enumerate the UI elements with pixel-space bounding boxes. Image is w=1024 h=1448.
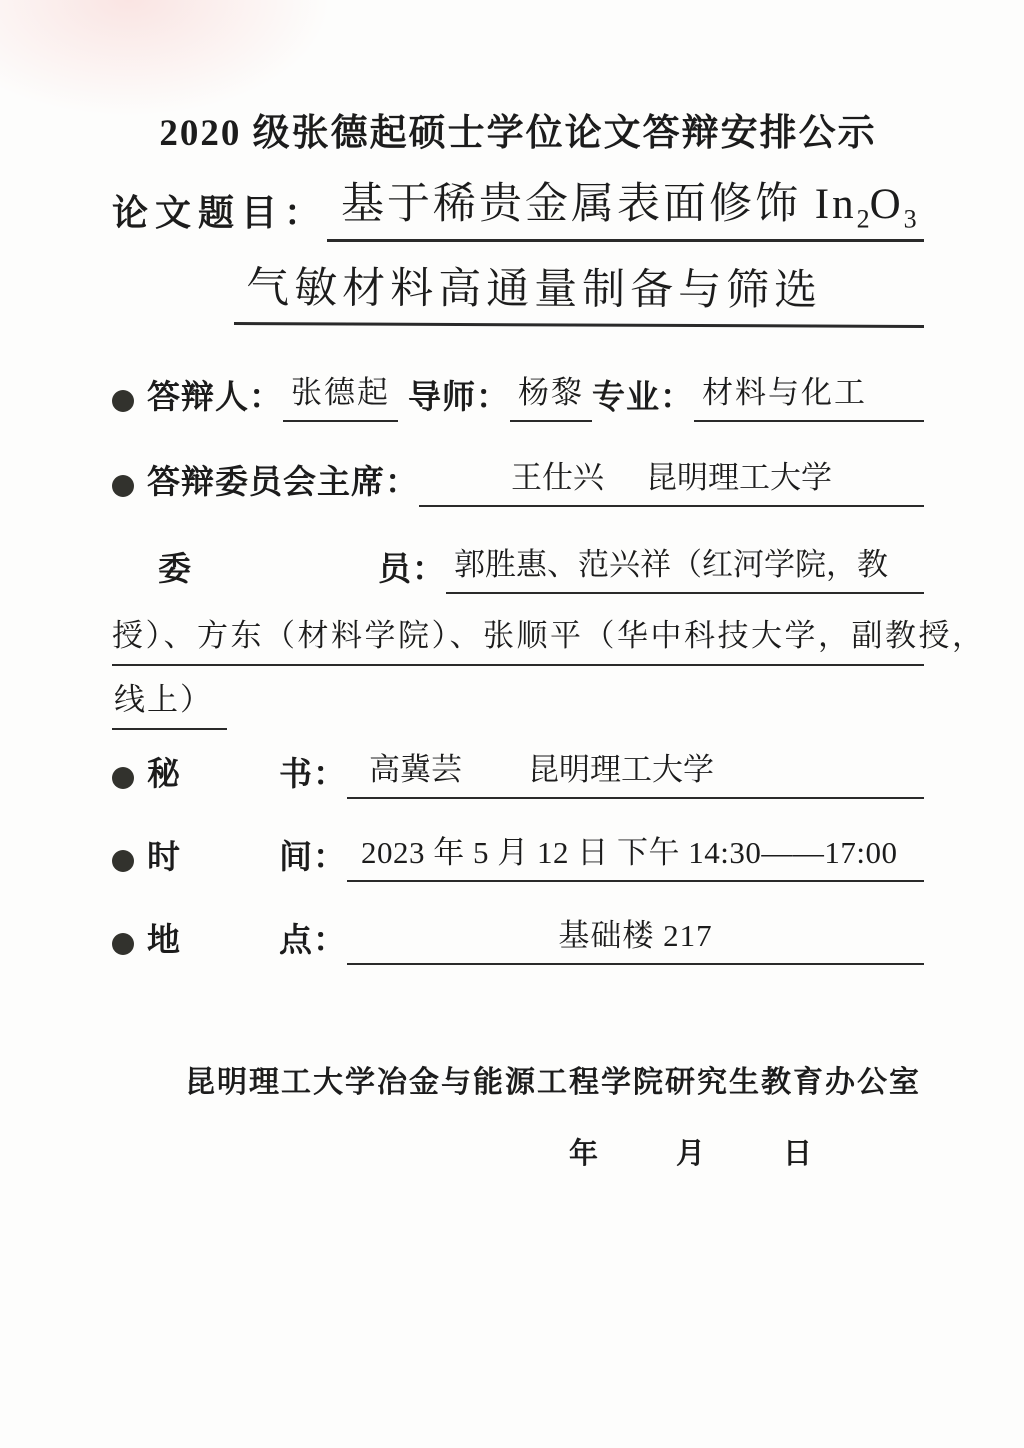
subscript-2: 2 <box>857 205 870 234</box>
thesis-title-label: 论文题目： <box>112 185 327 242</box>
secretary-name: 高冀芸 <box>369 748 462 793</box>
members-line3-wrap: 线上） <box>112 678 924 730</box>
secretary-label-char1: 秘 <box>147 748 181 795</box>
major-value: 材料与化工 <box>694 371 924 422</box>
supervisor-label: 导师： <box>398 371 510 422</box>
bullet-icon <box>112 933 134 955</box>
place-label: 地 点： <box>147 914 347 965</box>
major-label: 专业： <box>592 371 694 422</box>
members-line2: 授）、方东（材料学院）、张顺平（华中科技大学，副教授， <box>112 614 924 666</box>
time-label: 时 间： <box>147 831 347 882</box>
place-value: 基础楼 217 <box>347 914 924 965</box>
secretary-label: 秘 书： <box>147 748 347 799</box>
secretary-value: 高冀芸 昆明理工大学 <box>347 748 924 799</box>
bullet-icon <box>112 850 134 872</box>
page-title: 2020 级张德起硕士学位论文答辩安排公示 <box>112 0 924 156</box>
place-row: 地 点： 基础楼 217 <box>112 914 924 965</box>
place-label-char2: 点： <box>279 914 347 961</box>
date-day-label: 日 <box>783 1131 812 1172</box>
bullet-icon <box>112 475 134 497</box>
subscript-3: 3 <box>904 205 917 234</box>
secretary-affiliation: 昆明理工大学 <box>528 748 714 793</box>
document-content: 2020 级张德起硕士学位论文答辩安排公示 论文题目： 基于稀贵金属表面修饰 I… <box>0 0 1024 1172</box>
members-line1: 郭胜惠、范兴祥（红河学院，教 <box>446 543 924 594</box>
time-row: 时 间： 2023 年 5 月 12 日 下午 14:30——17:00 <box>112 831 924 882</box>
thesis-title-part1: 基于稀贵金属表面修饰 In <box>341 181 857 228</box>
time-value: 2023 年 5 月 12 日 下午 14:30——17:00 <box>347 831 924 882</box>
members-label-char2: 员： <box>378 543 446 590</box>
defender-row: 答辩人： 张德起 导师： 杨黎 专业： 材料与化工 <box>112 371 924 422</box>
members-label-char1: 委 <box>158 543 192 590</box>
time-label-char2: 间： <box>279 831 347 878</box>
issuing-office: 昆明理工大学冶金与能源工程学院研究生教育办公室 <box>112 1057 924 1101</box>
signature-date-line: 年 月 日 <box>112 1131 924 1172</box>
chair-affiliation: 昆明理工大学 <box>646 456 832 501</box>
defender-label: 答辩人： <box>147 371 283 422</box>
date-month-label: 月 <box>676 1131 705 1172</box>
time-label-char1: 时 <box>147 831 181 878</box>
secretary-row: 秘 书： 高冀芸 昆明理工大学 <box>112 748 924 799</box>
chair-row: 答辩委员会主席： 王仕兴 昆明理工大学 <box>112 456 924 507</box>
defender-name: 张德起 <box>283 371 398 422</box>
members-row: 委 员： 郭胜惠、范兴祥（红河学院，教 <box>112 543 924 594</box>
supervisor-name: 杨黎 <box>510 371 592 422</box>
members-line3: 线上） <box>112 678 227 730</box>
scanned-announcement-page: 2020 级张德起硕士学位论文答辩安排公示 论文题目： 基于稀贵金属表面修饰 I… <box>0 0 1024 1448</box>
thesis-title-line2: 气敏材料高通量制备与筛选 <box>234 260 924 328</box>
date-year-label: 年 <box>569 1131 598 1172</box>
chair-name: 王仕兴 <box>511 456 604 501</box>
bullet-icon <box>112 390 134 412</box>
members-label: 委 员： <box>158 543 446 594</box>
secretary-label-char2: 书： <box>279 748 347 795</box>
thesis-title-row: 论文题目： 基于稀贵金属表面修饰 In2O3 <box>112 176 924 242</box>
element-o: O <box>870 181 904 228</box>
thesis-title-line1: 基于稀贵金属表面修饰 In2O3 <box>327 176 924 242</box>
chair-label: 答辩委员会主席： <box>147 456 419 507</box>
bullet-icon <box>112 767 134 789</box>
chair-value: 王仕兴 昆明理工大学 <box>419 456 924 507</box>
place-label-char1: 地 <box>147 914 181 961</box>
